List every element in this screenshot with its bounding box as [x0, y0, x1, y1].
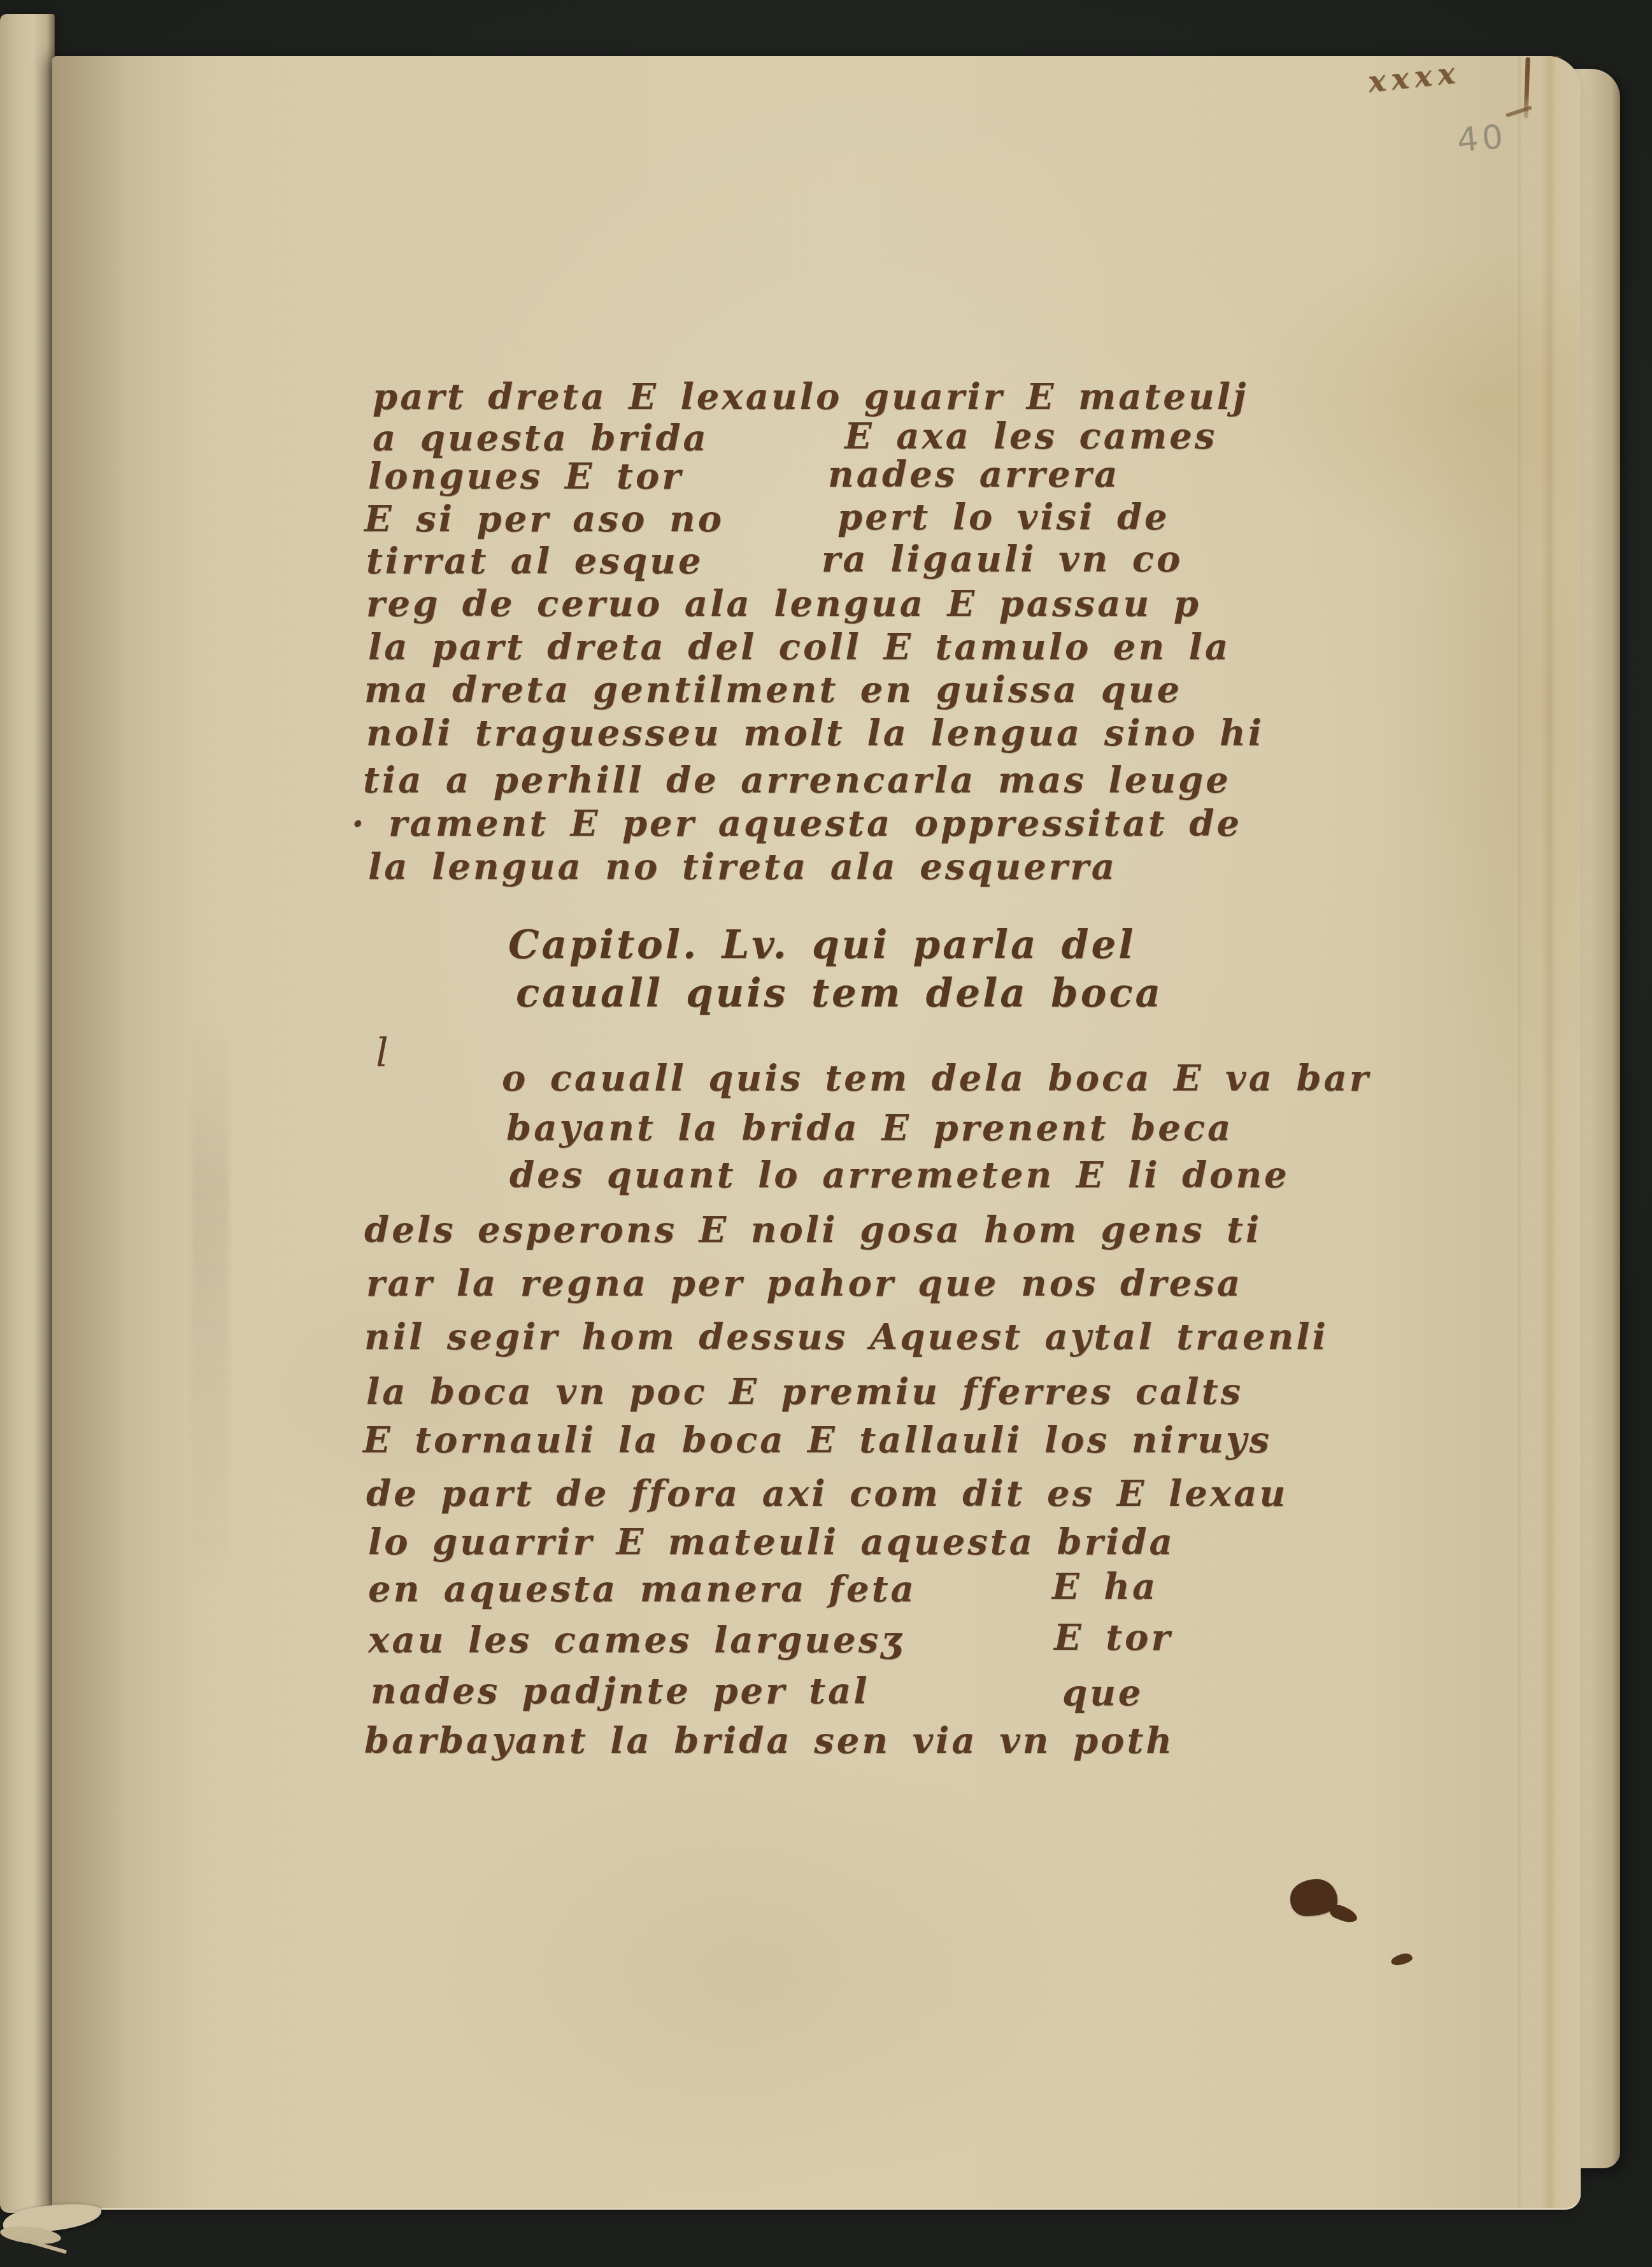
chapter-heading-line: cauall quis tem dela boca: [516, 971, 1163, 1016]
chapter-heading-line: Capitol. Lv. qui parla del: [508, 922, 1136, 968]
manuscript-line: xau les cames larguesʒ: [368, 1619, 904, 1661]
manuscript-line: E ha: [1052, 1566, 1158, 1608]
manuscript-line: reg de ceruo ala lengua E passau p: [366, 583, 1201, 625]
manuscript-line: tirrat al esque: [366, 540, 704, 582]
manuscript-line: longues E tor: [368, 455, 683, 497]
manuscript-line: que: [1062, 1672, 1144, 1714]
manuscript-line: E tor: [1054, 1617, 1172, 1659]
page-fold-crease: [1541, 56, 1563, 2208]
manuscript-line: · rament E per aquesta oppressitat de: [352, 803, 1242, 845]
foliation-ink-mark: xxxx: [1367, 55, 1463, 99]
manuscript-line: de part de ffora axi com dit es E lexau: [366, 1473, 1288, 1515]
folio-number-pencil: 40: [1456, 118, 1509, 161]
manuscript-line: ma dreta gentilment en guissa que: [364, 669, 1182, 711]
manuscript-line: barbayant la brida sen via vn poth: [364, 1720, 1174, 1762]
manuscript-line: en aquesta manera feta: [368, 1568, 916, 1610]
manuscript-line: tia a perhill de arrencarla mas leuge: [363, 759, 1231, 801]
manuscript-page: xxxx 40 part dreta E lexaulo guarir E ma…: [52, 56, 1581, 2210]
manuscript-line: des quant lo arremeten E li done: [509, 1154, 1290, 1196]
manuscript-line: o cauall quis tem dela boca E va bar: [502, 1057, 1371, 1099]
manuscript-line: la lengua no tireta ala esquerra: [368, 846, 1117, 888]
manuscript-line: la part dreta del coll E tamulo en la: [368, 626, 1230, 668]
manuscript-line: E axa les cames: [844, 415, 1217, 457]
manuscript-line: nil segir hom dessus Aquest aytal traenl…: [364, 1316, 1328, 1358]
photograph-backdrop: { "page": { "ink_color": "#5a3a25", "pap…: [0, 0, 1652, 2267]
manuscript-line: nades padjnte per tal: [371, 1670, 870, 1712]
manuscript-line: pert lo visi de: [837, 496, 1170, 538]
manuscript-line: rar la regna per pahor que nos dresa: [366, 1262, 1243, 1305]
manuscript-line: E si per aso no: [364, 498, 724, 540]
manuscript-line: la boca vn poc E premiu fferres calts: [366, 1371, 1243, 1413]
guide-letter: l: [376, 1029, 388, 1076]
manuscript-line: ra ligauli vn co: [822, 538, 1183, 580]
manuscript-line: a questa brida: [373, 417, 709, 459]
manuscript-line: E tornauli la boca E tallauli los niruys: [363, 1419, 1272, 1461]
manuscript-line: bayant la brida E prenent beca: [506, 1107, 1233, 1149]
ink-blot-tail: [1328, 1902, 1359, 1926]
ink-speck: [1390, 1952, 1414, 1967]
manuscript-line: part dreta E lexaulo guarir E mateulj: [373, 376, 1248, 418]
manuscript-line: noli traguesseu molt la lengua sino hi: [366, 712, 1264, 754]
page-fold-crease-faint: [1517, 56, 1522, 2208]
show-through-smudge: [191, 1019, 229, 1592]
manuscript-line: dels esperons E noli gosa hom gens ti: [364, 1209, 1262, 1251]
binding-gutter-leaf: [0, 14, 55, 2213]
manuscript-line: lo guarrir E mateuli aquesta brida: [368, 1521, 1175, 1563]
gutter-shadow: [52, 56, 192, 2208]
manuscript-line: nades arrera: [828, 454, 1120, 496]
